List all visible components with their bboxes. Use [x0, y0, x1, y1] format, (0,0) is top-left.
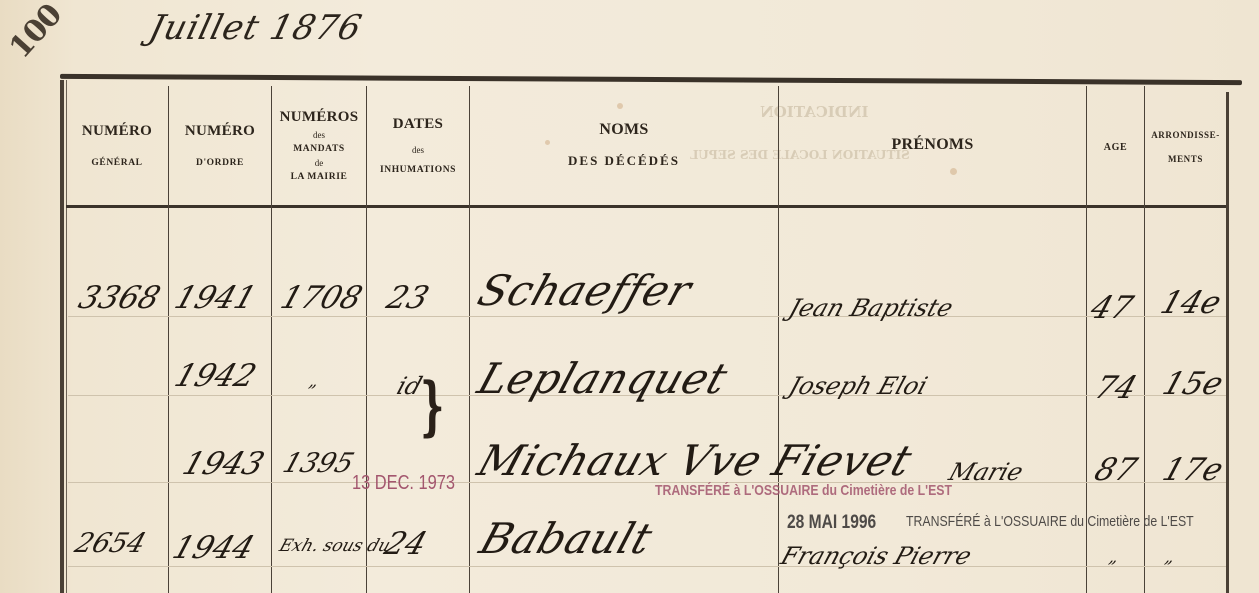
- header-line: des: [412, 145, 424, 155]
- header-title: PRÉNOMS: [891, 136, 973, 154]
- cell-mandat: 1708: [276, 280, 367, 316]
- header-subtitle: DES DÉCÉDÉS: [568, 153, 680, 169]
- header-prenoms: PRÉNOMS: [779, 86, 1086, 204]
- header-age: AGE: [1087, 86, 1144, 204]
- cell-date: 24: [380, 526, 431, 562]
- header-title: AGE: [1104, 142, 1127, 153]
- header-subtitle: GÉNÉRAL: [91, 158, 142, 168]
- header-rule: [66, 205, 1226, 208]
- cell-mandat: Exh. sous du: [277, 536, 393, 556]
- header-line: de: [315, 158, 324, 168]
- cell-numero-ordre: 1943: [178, 446, 269, 482]
- cell-prenoms: François Pierre: [777, 542, 975, 570]
- cell-numero-general: 2654: [71, 528, 150, 559]
- header-subtitle: MENTS: [1168, 154, 1203, 164]
- header-line: INHUMATIONS: [380, 165, 456, 175]
- table-frame-left: [60, 80, 64, 593]
- header-numero-ordre: NUMÉRO D'ORDRE: [169, 86, 271, 204]
- cell-date: 23: [382, 280, 433, 316]
- header-title: NUMÉRO: [82, 123, 152, 140]
- cell-nom: Leplanquet: [472, 354, 734, 403]
- month-header: Juillet 1876: [145, 8, 366, 48]
- cell-arrondissement: 14e: [1156, 285, 1225, 321]
- header-line: LA MAIRIE: [291, 172, 348, 182]
- cell-numero-ordre: 1944: [168, 530, 259, 566]
- cell-numero-general: 3368: [74, 280, 165, 316]
- cell-prenoms: Jean Baptiste: [785, 294, 956, 322]
- header-numero-general: NUMÉRO GÉNÉRAL: [66, 86, 168, 204]
- cell-age: ”: [1103, 558, 1118, 578]
- cell-age: 74: [1090, 370, 1141, 406]
- ditto-brace: ❵: [416, 370, 448, 444]
- cell-age: 47: [1086, 290, 1137, 326]
- cell-numero-ordre: 1942: [170, 358, 261, 394]
- page-number: 100: [3, 0, 69, 65]
- header-title: NUMÉRO: [185, 123, 255, 140]
- header-line: des: [313, 130, 325, 140]
- stamp-transfer-dark: TRANSFÉRÉ à L'OSSUAIRE du Cimetière de L…: [906, 513, 1194, 530]
- stamp-transfer-red: TRANSFÉRÉ à L'OSSUAIRE du Cimetière de L…: [655, 482, 952, 499]
- cell-arrondissement: 17e: [1158, 452, 1227, 488]
- header-dates-inhumations: DATES des INHUMATIONS: [367, 86, 469, 204]
- cell-mandat: ”: [303, 382, 318, 402]
- header-title: NUMÉROS: [280, 109, 359, 126]
- cell-prenoms: Joseph Eloi: [785, 372, 930, 400]
- cell-arrondissement: ”: [1159, 558, 1174, 578]
- header-noms-decedes: NOMS DES DÉCÉDÉS: [470, 86, 778, 204]
- header-title: DATES: [393, 116, 443, 133]
- stamp-date-1996: 28 MAI 1996: [787, 512, 876, 534]
- table-frame-right: [1226, 92, 1229, 593]
- row-rule: [68, 566, 1226, 567]
- stamp-date-1973: 13 DEC. 1973: [352, 472, 455, 495]
- cell-mandat: 1395: [279, 448, 358, 479]
- header-arrondissements: ARRONDISSE- MENTS: [1145, 86, 1226, 204]
- header-line: MANDATS: [293, 144, 345, 154]
- cell-nom: Babault: [474, 514, 659, 563]
- cell-nom: Michaux Vve Fievet: [472, 436, 918, 485]
- header-subtitle: D'ORDRE: [196, 158, 244, 168]
- cell-arrondissement: 15e: [1158, 366, 1227, 402]
- header-title: ARRONDISSE-: [1151, 130, 1220, 140]
- cell-nom: Schaeffer: [472, 266, 698, 315]
- header-numeros-mandats: NUMÉROS des MANDATS de LA MAIRIE: [272, 86, 366, 204]
- row-rule: [68, 316, 1226, 317]
- table-frame-top: [60, 74, 1242, 85]
- cell-prenoms: Marie: [945, 458, 1026, 486]
- header-title: NOMS: [599, 121, 648, 139]
- cell-numero-ordre: 1941: [170, 280, 261, 316]
